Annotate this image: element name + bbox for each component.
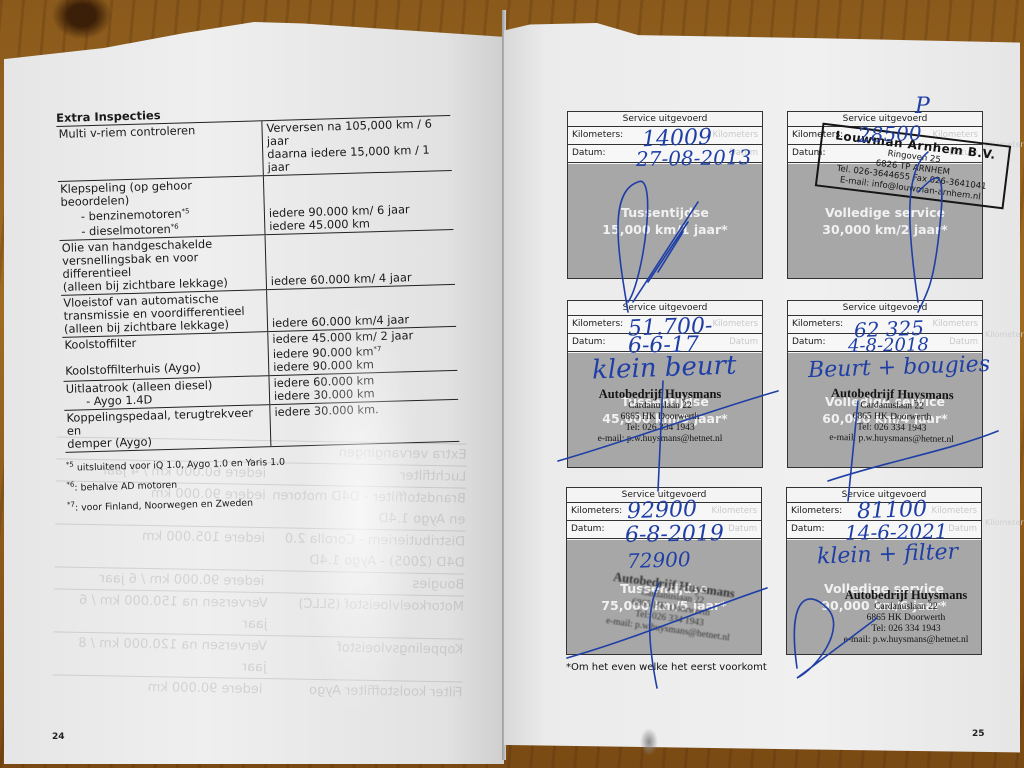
handwritten-note: klein beurt [592, 350, 737, 385]
inspection-item: Klepspeling (op gehoor beoordelen)- benz… [58, 176, 266, 240]
stamp-line: Tel: 026 334 1943 [570, 423, 750, 434]
service-footnote: *Om het even welke het eerst voorkomt [566, 662, 767, 673]
bleed-through-label: Datum [948, 521, 977, 538]
inspection-row: Multi v-riem controlerenVerversen na 105… [56, 115, 451, 181]
inspection-interval: iedere 60.000 km/4 jaar [267, 285, 456, 331]
inspection-item: Koolstoffilter Koolstoffilterhuis (Aygo) [62, 332, 269, 381]
service-header: Service uitgevoerd [788, 301, 982, 316]
dealer-stamp: Autobedrijf HuysmansCardanuslaan 226865 … [811, 588, 1001, 646]
inspection-item: Multi v-riem controleren [56, 121, 263, 181]
handwritten-note: klein + filter [817, 540, 959, 570]
bleed-through-label: Kilometers [932, 503, 978, 520]
handwritten-kilometers: 28500 [858, 121, 922, 147]
inspection-interval: iedere 30.000 km. [270, 400, 459, 446]
stamp-dealer-name: Autobedrijf Huysmans [811, 588, 1001, 602]
handwritten-kilometers: 92900 [627, 497, 698, 524]
bleed-through-label: Kilometers [933, 316, 979, 333]
kilometers-field-label: Kilometers: [572, 130, 623, 140]
stamp-line: e-mail: p.w.huysmans@hetnet.nl [570, 434, 750, 445]
inspection-row: Olie van handgeschakeldeversnellingsbak … [60, 229, 455, 295]
service-type-panel: Tussentijdse15,000 km/1 jaar* [568, 164, 762, 278]
inspection-interval: iedere 90.000 km/ 6 jaariedere 45.000 km [264, 171, 454, 234]
service-type-text: 15,000 km/1 jaar* [602, 221, 727, 238]
service-header: Service uitgevoerd [568, 112, 762, 127]
kilometers-field-label: Kilometers: [572, 319, 623, 329]
page-number-right: 25 [972, 729, 985, 739]
table-footnotes: *5 uitsluitend voor iQ 1.0, Aygo 1.0 en … [66, 446, 462, 517]
date-field-label: Datum: [572, 337, 605, 347]
stamp-line: Tel: 026 334 1943 [811, 624, 1001, 635]
inspection-item: Olie van handgeschakeldeversnellingsbak … [60, 235, 267, 295]
inspection-item: Koppelingspedaal, terugtrekveer endemper… [64, 405, 271, 452]
stamp-line: 6865 HK Doorwerth [570, 412, 750, 423]
service-type-text: 30,000 km/2 jaar* [822, 221, 947, 238]
extra-inspections-table: Extra Inspecties Multi v-riem controlere… [56, 101, 461, 517]
fingerprint-smudge [640, 728, 658, 756]
service-record-box: Service uitgevoerdKilometers:KilometersD… [787, 300, 983, 468]
bleed-through-label: Kilometers [712, 503, 758, 520]
stamp-line: Cardanuslaan 22 [811, 602, 1001, 613]
stamp-dealer-name: Autobedrijf Huysmans [570, 387, 750, 401]
handwritten-date: 4-8-2018 [848, 334, 929, 356]
dealer-stamp: Autobedrijf HuysmansCardanuslaan 226865 … [570, 387, 750, 445]
inspection-item: Uitlaatrook (alleen diesel)- Aygo 1.4D [64, 376, 271, 410]
kilometers-field-label: Kilometers: [571, 506, 622, 516]
service-type-text: Tussentijdse [621, 204, 709, 221]
bleed-through-label: Kilometers [713, 127, 759, 144]
bleed-through-label: Kilometers [713, 316, 759, 333]
dealer-stamp: Autobedrijf HuysmansCardanuslaan 226865 … [802, 385, 983, 446]
service-header: Service uitgevoerd [568, 301, 762, 316]
date-field-label: Datum: [792, 337, 825, 347]
service-record-box: Service uitgevoerdKilometers:KilometersD… [787, 111, 983, 279]
kilometers-field-label: Kilometers: [792, 319, 843, 329]
margin-handwritten-mark: P [915, 94, 930, 119]
service-type-text: Volledige service [825, 204, 945, 221]
inspection-interval: iedere 45.000 km/ 2 jaariedere 90.000 km… [268, 327, 457, 375]
service-record-box: Service uitgevoerdKilometers:KilometersD… [786, 487, 982, 655]
inspection-interval: iedere 60.000 kmiedere 30.000 km [269, 371, 458, 404]
date-field-label: Datum: [571, 524, 604, 534]
page-number-left: 24 [52, 732, 65, 742]
inspection-interval: Verversen na 105,000 km / 6 jaardaarna i… [262, 116, 451, 175]
bleed-through-label: Datum [949, 334, 978, 351]
stamp-line: e-mail: p.w.huysmans@hetnet.nl [811, 635, 1001, 646]
service-record-box: Service uitgevoerdKilometers:KilometersD… [566, 487, 762, 655]
service-record-box: Service uitgevoerdKilometers:KilometersD… [567, 111, 763, 279]
inspection-row: Klepspeling (op gehoor beoordelen)- benz… [58, 170, 453, 240]
inspection-item: Vloeistof van automatischetransmissie en… [61, 290, 268, 337]
bleed-through-label: Datum [728, 521, 757, 538]
inspection-interval: iedere 60.000 km/ 4 jaar [266, 230, 455, 289]
handwritten-date: 27-08-2013 [636, 145, 752, 171]
handwritten-note: 72900 [627, 547, 691, 573]
stamp-line: Cardanuslaan 22 [570, 401, 750, 412]
handwritten-date: 6-8-2019 [625, 521, 724, 548]
date-field-label: Datum: [572, 148, 605, 158]
service-record-box: Service uitgevoerdKilometers:KilometersD… [567, 300, 763, 468]
kilometers-field-label: Kilometers: [791, 506, 842, 516]
stamp-line: 6865 HK Doorwerth [811, 613, 1001, 624]
date-field-label: Datum: [791, 524, 824, 534]
bleed-through-label: Datum [729, 334, 758, 351]
